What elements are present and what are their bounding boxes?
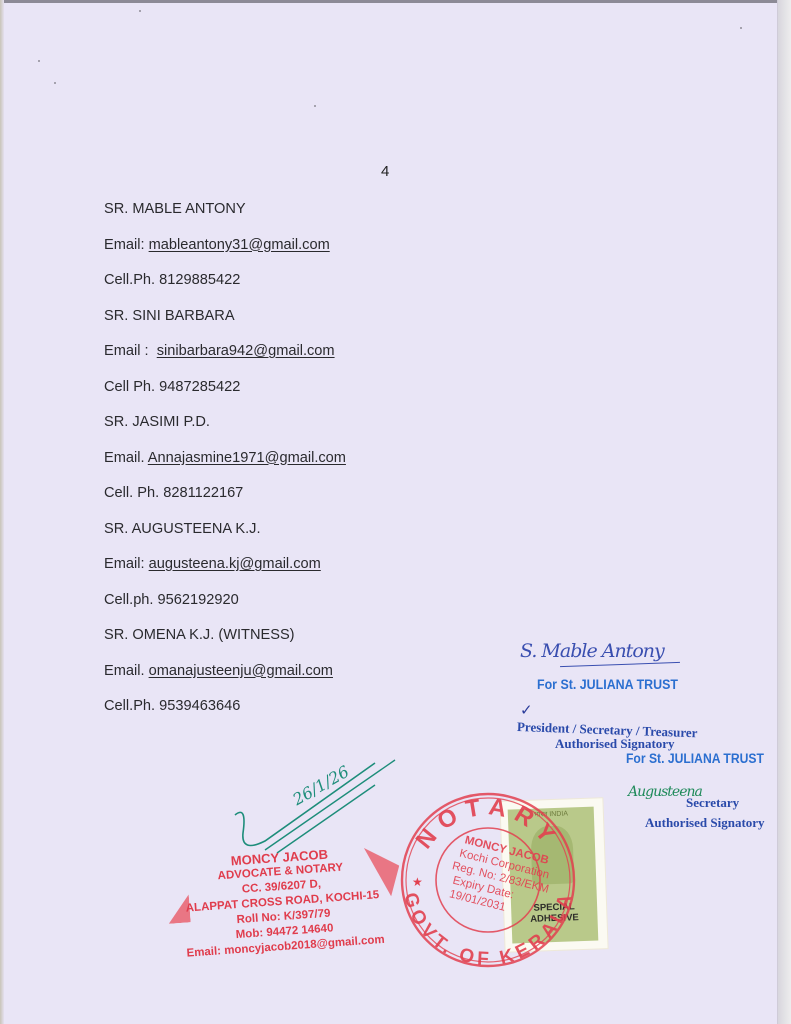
contact-email-line: Email: augusteena.kj@gmail.com xyxy=(104,553,346,589)
scan-speck xyxy=(54,82,56,84)
phone-number: 9539463646 xyxy=(159,698,240,714)
email-label: Email: xyxy=(104,556,149,572)
email-link[interactable]: omanajusteenju@gmail.com xyxy=(149,663,333,679)
trust-stamp-line: For St. JULIANA TRUST xyxy=(537,677,678,692)
email-label: Email : xyxy=(104,343,157,359)
phone-number: 8281122167 xyxy=(163,485,243,501)
scan-speck xyxy=(38,60,40,62)
scan-edge-left xyxy=(0,0,4,1024)
secretary-label: Secretary xyxy=(686,795,739,811)
contact-email-line: Email. Annajasmine1971@gmail.com xyxy=(104,447,346,483)
contact-phone-line: Cell.Ph. 9539463646 xyxy=(104,695,346,731)
contact-phone-line: Cell.ph. 9562192920 xyxy=(104,589,346,625)
contact-phone-line: Cell.Ph. 8129885422 xyxy=(104,269,346,305)
contact-email-line: Email: mableantony31@gmail.com xyxy=(104,234,346,270)
scan-edge-right xyxy=(777,0,791,1024)
contact-phone-line: Cell. Ph. 8281122167 xyxy=(104,482,346,518)
phone-label: Cell.Ph. xyxy=(104,698,159,714)
email-label: Email. xyxy=(104,663,149,679)
notary-seal: NOTARY GOVT. OF KERALA ★ MONCY JACOB Koc… xyxy=(398,788,578,968)
authorised-signatory: Authorised Signatory xyxy=(645,815,765,831)
contact-list: SR. MABLE ANTONY Email: mableantony31@gm… xyxy=(104,198,346,731)
scan-speck xyxy=(740,27,742,29)
contact-name: SR. JASIMI P.D. xyxy=(104,411,346,447)
contact-phone-line: Cell Ph. 9487285422 xyxy=(104,376,346,412)
phone-number: 8129885422 xyxy=(159,272,240,288)
signature-mable-antony: S. Mable Antony xyxy=(520,640,664,662)
page-number: 4 xyxy=(381,163,389,180)
phone-label: Cell.ph. xyxy=(104,592,158,608)
contact-email-line: Email. omanajusteenju@gmail.com xyxy=(104,660,346,696)
contact-email-line: Email : sinibarbara942@gmail.com xyxy=(104,340,346,376)
contact-name: SR. MABLE ANTONY xyxy=(104,198,346,234)
scan-edge-top xyxy=(0,0,791,3)
contact-name: SR. SINI BARBARA xyxy=(104,305,346,341)
svg-text:★: ★ xyxy=(412,875,423,889)
authorised-signatory: Authorised Signatory xyxy=(555,736,675,752)
signature-underline xyxy=(560,662,680,667)
email-link[interactable]: mableantony31@gmail.com xyxy=(149,237,330,253)
notary-address-stamp: MONCY JACOB ADVOCATE & NOTARY CC. 39/620… xyxy=(164,840,402,976)
email-label: Email. xyxy=(104,450,148,466)
scan-speck xyxy=(314,105,316,107)
check-mark-icon: ✓ xyxy=(520,701,533,719)
email-link[interactable]: sinibarbara942@gmail.com xyxy=(157,343,335,359)
email-link[interactable]: Annajasmine1971@gmail.com xyxy=(148,450,346,466)
phone-label: Cell.Ph. xyxy=(104,272,159,288)
phone-label: Cell. Ph. xyxy=(104,485,163,501)
trust-stamp-line: For St. JULIANA TRUST xyxy=(626,751,764,766)
scan-speck xyxy=(139,10,141,12)
phone-number: 9562192920 xyxy=(158,592,239,608)
phone-number: 9487285422 xyxy=(159,379,240,395)
email-link[interactable]: augusteena.kj@gmail.com xyxy=(149,556,321,572)
contact-name: SR. OMENA K.J. (WITNESS) xyxy=(104,624,346,660)
email-label: Email: xyxy=(104,237,149,253)
phone-label: Cell Ph. xyxy=(104,379,159,395)
contact-name: SR. AUGUSTEENA K.J. xyxy=(104,518,346,554)
